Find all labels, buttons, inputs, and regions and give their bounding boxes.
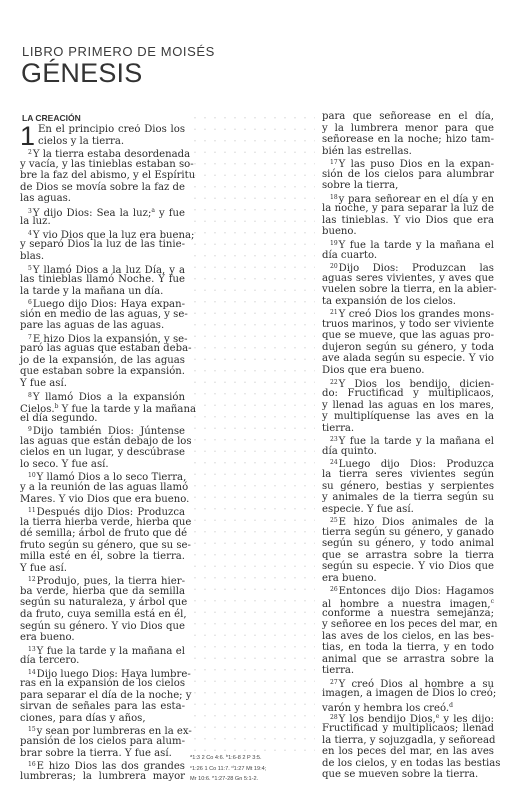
cross-reference-row: Mr 10:6. e1:27-28 Gn 5:1-2. [190, 773, 320, 784]
verse-line: tias, en toda la tierra, y en todo [322, 642, 494, 654]
cross-reference[interactable]: b1:6-8 2 P 3:5. [226, 755, 262, 761]
verse-line: y multiplíquense las aves en la [322, 411, 494, 423]
verse-line: dé semilla; árbol de fruto que dé [20, 528, 185, 540]
verse-line: especie. Y fue así. [322, 504, 494, 516]
verse-number: 26 [330, 586, 338, 593]
verse-line: su género, bestias y serpientes [322, 481, 494, 493]
cross-references: a1:3 2 Co 4:6. b1:6-8 2 P 3:5.c1:26 1 Co… [190, 752, 320, 784]
verse-line: de Dios se movía sobre la faz de [20, 182, 185, 194]
verse-line: que se mueve, que las aguas pro- [322, 330, 494, 342]
verse-line: en los peces del mar, en las aves [322, 746, 494, 758]
cross-reference[interactable]: e1:27-28 Gn 5:1-2. [212, 776, 258, 782]
verse-line: pansión de los cielos para alum- [20, 736, 185, 748]
footnote-marker[interactable]: d [449, 702, 453, 709]
verse-line: ta expansión de los cielos. [322, 296, 494, 308]
verse-line: 12Produjo, pues, la tierra hier- [20, 574, 185, 586]
verse-line: y la lumbrera menor para que [322, 123, 494, 135]
verse-line: sobre la tierra, [322, 180, 494, 192]
left-verse-lines: 2Y la tierra estaba desordenaday vacía, … [20, 147, 185, 782]
right-verse-lines: para que señorease en el día,y la lumbre… [322, 111, 494, 781]
verse-line: y animales de la tierra según su [322, 492, 494, 504]
verse-number: 17 [330, 159, 338, 166]
verse-line: la tarde y la mañana un día. [20, 286, 185, 298]
verse-line: dujeron según su género, y toda [322, 342, 494, 354]
verse-line: brar sobre la tierra. Y fue así. [20, 748, 185, 760]
verse-line: las aves de los cielos, en las bes- [322, 631, 494, 643]
verse-line: 14Dijo luego Dios: Haya lumbre- [20, 667, 185, 679]
verse-line: 8Y llamó Dios a la expansión [20, 390, 185, 402]
verse-line: lumbreras; la lumbrera mayor [20, 771, 185, 783]
verse-line: ciones, para días y años, [20, 713, 185, 725]
right-text-column: para que señorease en el día,y la lumbre… [322, 111, 494, 781]
verse-line: que se mueven sobre la tierra. [322, 769, 494, 781]
verse-line: para que señorease en el día, [322, 111, 494, 123]
verse-number: 28 [330, 714, 338, 721]
verse-line: blas. [20, 251, 185, 263]
verse-line: era bueno. [322, 573, 494, 585]
cross-reference-row: a1:3 2 Co 4:6. b1:6-8 2 P 3:5. [190, 752, 320, 763]
verse-line: imagen, a imagen de Dios lo creó; [322, 688, 494, 700]
verse-line: 7E hizo Dios la expansión, y se- [20, 332, 185, 344]
verse-number: 18 [330, 194, 338, 201]
verse-line: según su especie. Y vio Dios que [322, 561, 494, 573]
section-heading: LA CREACIÓN [22, 113, 81, 123]
verse-number: 5 [28, 265, 32, 272]
verse-line: 9Dijo también Dios: Júntense [20, 424, 185, 436]
verse-line: 26Entonces dijo Dios: Hagamos [322, 584, 494, 596]
verse-line: milla esté en él, sobre la tierra. [20, 551, 185, 563]
verse-line: ras en la expansión de los cielos [20, 678, 185, 690]
verse-line: y a la reunión de las aguas llamó [20, 482, 185, 494]
verse-number: 19 [330, 240, 338, 247]
verse-number: 14 [28, 669, 36, 676]
cross-reference[interactable]: d1:27 Mt 19:4; [231, 766, 266, 772]
verse-line: pare las aguas de las aguas. [20, 320, 185, 332]
verse-number: 16 [28, 761, 36, 768]
verse-line: 17Y las puso Dios en la expan- [322, 157, 494, 169]
verse-line: varón y hembra los creó.d [322, 700, 494, 712]
verse-line: las tinieblas llamó Noche. Y fue [20, 274, 185, 286]
verse-line: tierra. [322, 665, 494, 677]
verse-number: 11 [28, 507, 36, 514]
verse-number: 6 [28, 299, 32, 306]
verse-line: y señoree en los peces del mar, en [322, 619, 494, 631]
verse-line: 11Después dijo Dios: Produzca [20, 505, 185, 517]
verse-line: 23Y fue la tarde y la mañana el [322, 434, 494, 446]
verse-line: paró las aguas que estaban deba- [20, 343, 185, 355]
verse-line: conforme a nuestra semejanza; [322, 608, 494, 620]
verse-line: y vacía, y las tinieblas estaban so- [20, 159, 185, 171]
verse-line: Y fue así. [20, 563, 185, 575]
verse-line: Dios que era bueno. [322, 365, 494, 377]
left-text-column: 1 En el principio creó Dios los cielos y… [20, 124, 185, 782]
verse-number: 27 [330, 679, 338, 686]
cross-reference-row: c1:26 1 Co 11:7. d1:27 Mt 19:4; [190, 763, 320, 774]
verse-line: ave alada según su especie. Y vio [322, 353, 494, 365]
verse-line: sión de los cielos para alumbrar [322, 169, 494, 181]
verse-line: según su género. Y vio Dios que [20, 621, 185, 633]
verse-line: que se arrastra sobre la tierra [322, 550, 494, 562]
verse-line: según su género, y todo animal [322, 538, 494, 550]
verse-number: 25 [330, 517, 338, 524]
verse-line: aguas seres vivientes, y aves que [322, 273, 494, 285]
verse-number: 7 [28, 334, 32, 341]
verse-number: 22 [330, 379, 338, 386]
verse-number: 8 [28, 392, 32, 399]
chapter-opening: 1 En el principio creó Dios los cielos y… [20, 124, 185, 147]
verse-line: 3Y dijo Dios: Sea la luz;a y fue [20, 205, 185, 217]
notes-dot-grid [190, 112, 315, 752]
verse-line: y separó Dios la luz de las tinie- [20, 239, 185, 251]
verse-number: 13 [28, 646, 36, 653]
footnote-marker[interactable]: c [491, 598, 494, 605]
verse-line: la noche, y para separar la luz de [322, 203, 494, 215]
verse-line: bre la faz del abismo, y el Espíritu [20, 170, 185, 182]
verse-line: animal que se arrastra sobre la [322, 654, 494, 666]
verse-line: sirvan de señales para las esta- [20, 701, 185, 713]
verse-line: era bueno. [20, 632, 185, 644]
verse-line: Cielos.b Y fue la tarde y la mañana [20, 401, 185, 413]
verse-line: lo seco. Y fue así. [20, 459, 185, 471]
verse-line: 16E hizo Dios las dos grandes [20, 759, 185, 771]
verse-line: Fructificad y multiplicaos; llenad [322, 723, 494, 735]
verse-number: 24 [330, 459, 338, 466]
verse-line: 24Luego dijo Dios: Produzca [322, 457, 494, 469]
verse-number: 15 [28, 726, 36, 733]
verse-line: sión en medio de las aguas, y se- [20, 309, 185, 321]
footnote-marker[interactable]: b [55, 403, 59, 410]
verse-line: 25E hizo Dios animales de la [322, 515, 494, 527]
verse-line: 22Y Dios los bendijo, dicien- [322, 377, 494, 389]
verse-line: 6Luego dijo Dios: Haya expan- [20, 297, 185, 309]
verse-line: cielos y la tierra. [20, 136, 185, 148]
verse-number: 2 [28, 149, 32, 156]
book-title: GÉNESIS [21, 58, 142, 89]
verse-number: 21 [330, 309, 338, 316]
verse-line: da fruto, cuya semilla está en él, [20, 609, 185, 621]
verse-line: vuelen sobre la tierra, en la abier- [322, 284, 494, 296]
verse-line: bién las estrellas. [322, 146, 494, 158]
verse-line: que estaban sobre la expansión. [20, 366, 185, 378]
verse-line: 15y sean por lumbreras en la ex- [20, 724, 185, 736]
verse-number: 10 [28, 472, 36, 479]
verse-number: 20 [330, 263, 338, 270]
verse-line: 21Y creó Dios los grandes mons- [322, 307, 494, 319]
verse-line: 19Y fue la tarde y la mañana el [322, 238, 494, 250]
verse-line: 5Y llamó Dios a la luz Día, y a [20, 263, 185, 275]
verse-line: 10Y llamó Dios a lo seco Tierra, [20, 470, 185, 482]
verse-line: la tierra, y sojuzgadla, y señoread [322, 735, 494, 747]
verse-line: tierra según su género, y ganado [322, 527, 494, 539]
verse-line: y llenad las aguas en los mares, [322, 400, 494, 412]
verse-line: 28Y los bendijo Dios,e y les dijo: [322, 711, 494, 723]
verse-line: En el principio creó Dios los [20, 124, 185, 136]
verse-line: fruto según su género, que su se- [20, 540, 185, 552]
verse-line: ba verde, hierba que da semilla [20, 586, 185, 598]
verse-number: 12 [28, 576, 36, 583]
verse-line: según su naturaleza, y árbol que [20, 597, 185, 609]
verse-line: 4Y vio Dios que la luz era buena; [20, 228, 185, 240]
footnote-marker[interactable]: a [151, 207, 155, 214]
verse-line: al hombre a nuestra imagen,c [322, 596, 494, 608]
cross-reference[interactable]: a1:3 2 Co 4:6. [190, 755, 224, 761]
verse-number: 23 [330, 436, 338, 443]
verse-line: do: Fructificad y multiplicaos, [322, 388, 494, 400]
verse-line: las aguas. [20, 193, 185, 205]
verse-line: día quinto. [322, 446, 494, 458]
book-subtitle: LIBRO PRIMERO DE MOISÉS [22, 44, 215, 59]
verse-line: la tierra hierba verde, hierba que [20, 517, 185, 529]
verse-line: de los cielos, y en todas las bestias [322, 758, 494, 770]
verse-line: tierra. [322, 423, 494, 435]
verse-number: 4 [28, 230, 32, 237]
footnote-marker[interactable]: e [436, 713, 440, 720]
verse-line: las aguas que están debajo de los [20, 436, 185, 448]
verse-line: día cuarto. [322, 250, 494, 262]
cross-reference[interactable]: Mr 10:6. [190, 776, 211, 782]
bible-page: LIBRO PRIMERO DE MOISÉS GÉNESIS LA CREAC… [0, 0, 514, 799]
verse-number: 3 [28, 208, 32, 215]
verse-line: jo de la expansión, de las aguas [20, 355, 185, 367]
verse-line: 13Y fue la tarde y la mañana el [20, 644, 185, 656]
cross-reference[interactable]: c1:26 1 Co 11:7. [190, 766, 230, 772]
verse-line: señorease en la noche; hizo tam- [322, 134, 494, 146]
verse-line: 18y para señorear en el día y en [322, 192, 494, 204]
verse-line: las tinieblas. Y vio Dios que era [322, 215, 494, 227]
verse-line: Y fue así. [20, 378, 185, 390]
verse-line: truos marinos, y todo ser viviente [322, 319, 494, 331]
verse-line: cielos en un lugar, y descúbrase [20, 447, 185, 459]
verse-line: 20Dijo Dios: Produzcan las [322, 261, 494, 273]
chapter-number: 1 [20, 125, 35, 147]
verse-number: 9 [28, 426, 32, 433]
verse-line: la tierra seres vivientes según [322, 469, 494, 481]
verse-line: Mares. Y vio Dios que era bueno. [20, 494, 185, 506]
verse-line: bueno. [322, 226, 494, 238]
verse-line: para separar el día de la noche; y [20, 690, 185, 702]
verse-line: 2Y la tierra estaba desordenada [20, 147, 185, 159]
verse-line: 27Y creó Dios al hombre a su [322, 677, 494, 689]
